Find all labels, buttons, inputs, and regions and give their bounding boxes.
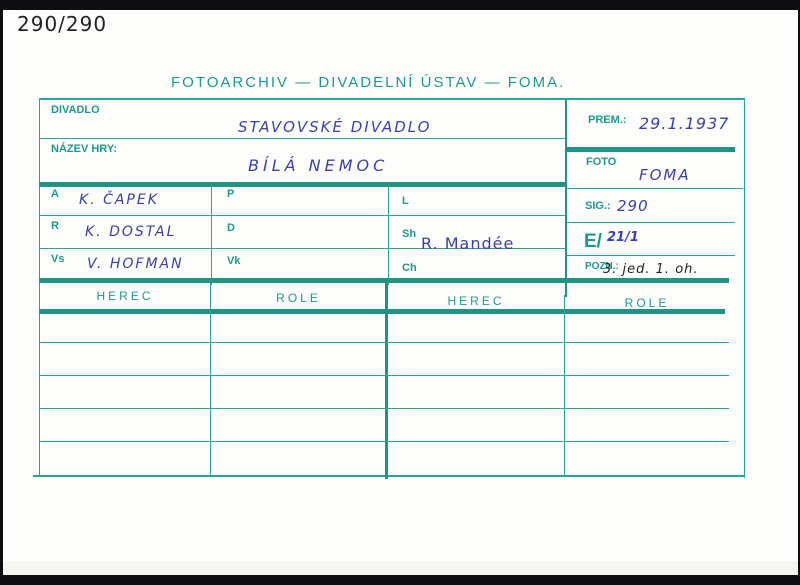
divider-prem-foto xyxy=(565,147,735,152)
credits-row-divider-1 xyxy=(39,215,565,216)
label-prem: PREM.: xyxy=(588,114,627,126)
cast-row-line-1 xyxy=(39,342,729,343)
credits-col-divider-1 xyxy=(211,185,212,285)
label-a: A xyxy=(51,188,59,200)
e-divider xyxy=(567,255,735,256)
paper-edge xyxy=(3,561,798,575)
value-foto: FOMA xyxy=(639,166,691,184)
label-foto: FOTO xyxy=(586,156,616,168)
frame-top-line xyxy=(39,98,745,100)
label-e: E/ xyxy=(584,231,602,253)
label-vs: Vs xyxy=(51,253,64,265)
value-divadlo: STAVOVSKÉ DIVADLO xyxy=(238,118,432,136)
cast-header-role-2: ROLE xyxy=(564,296,730,310)
frame-left-line xyxy=(39,98,40,476)
card-header-title: FOTOARCHIV — DIVADELNÍ ÚSTAV — FOMA. xyxy=(171,74,565,91)
cast-row-line-3 xyxy=(39,408,729,409)
value-prem: 29.1.1937 xyxy=(639,114,729,133)
label-ch: Ch xyxy=(402,262,417,274)
cast-header-role-1: ROLE xyxy=(211,291,386,305)
label-sh: Sh xyxy=(402,228,416,240)
value-r: K. DOSTAL xyxy=(85,224,176,240)
divider-foto-sig xyxy=(567,188,743,189)
label-divadlo: DIVADLO xyxy=(51,104,100,116)
cast-header-herec-2: HEREC xyxy=(388,294,564,308)
value-nazev-hry: BÍLÁ NEMOC xyxy=(248,156,388,175)
label-l: L xyxy=(402,195,409,207)
label-p: P xyxy=(227,188,234,200)
divider-nazev-credits xyxy=(39,182,567,187)
divider-prem-column xyxy=(565,100,567,190)
cast-row-line-2 xyxy=(39,375,729,376)
cast-col-divider-2 xyxy=(385,283,388,479)
cast-row-line-4 xyxy=(39,441,729,442)
label-sig: SIG.: xyxy=(585,200,611,212)
divider-credits-cast xyxy=(39,278,729,283)
frame-bottom-line xyxy=(33,475,745,477)
archive-index-card: 290/290 FOTOARCHIV — DIVADELNÍ ÚSTAV — F… xyxy=(3,10,798,575)
cast-header-herec-1: HEREC xyxy=(39,289,211,303)
value-a: K. ČAPEK xyxy=(79,192,159,208)
divider-divadlo xyxy=(39,138,565,139)
value-e: 21/1 xyxy=(607,230,639,245)
frame-right-line xyxy=(744,98,745,478)
archive-number: 290/290 xyxy=(17,12,107,36)
value-sig: 290 xyxy=(617,197,649,215)
value-pozn: 3. jed. 1. oh. xyxy=(603,262,699,277)
credits-col-divider-2 xyxy=(388,185,389,285)
cast-col-divider-1 xyxy=(210,283,211,475)
value-sh: R. Mandée xyxy=(421,234,514,253)
value-vs: V. HOFMAN xyxy=(87,256,184,272)
label-d: D xyxy=(227,222,235,234)
label-r: R xyxy=(51,220,59,232)
cast-col-divider-3 xyxy=(564,295,565,475)
sig-divider xyxy=(567,222,735,223)
label-nazev-hry: NÁZEV HRY: xyxy=(51,143,117,155)
label-vk: Vk xyxy=(227,255,240,267)
